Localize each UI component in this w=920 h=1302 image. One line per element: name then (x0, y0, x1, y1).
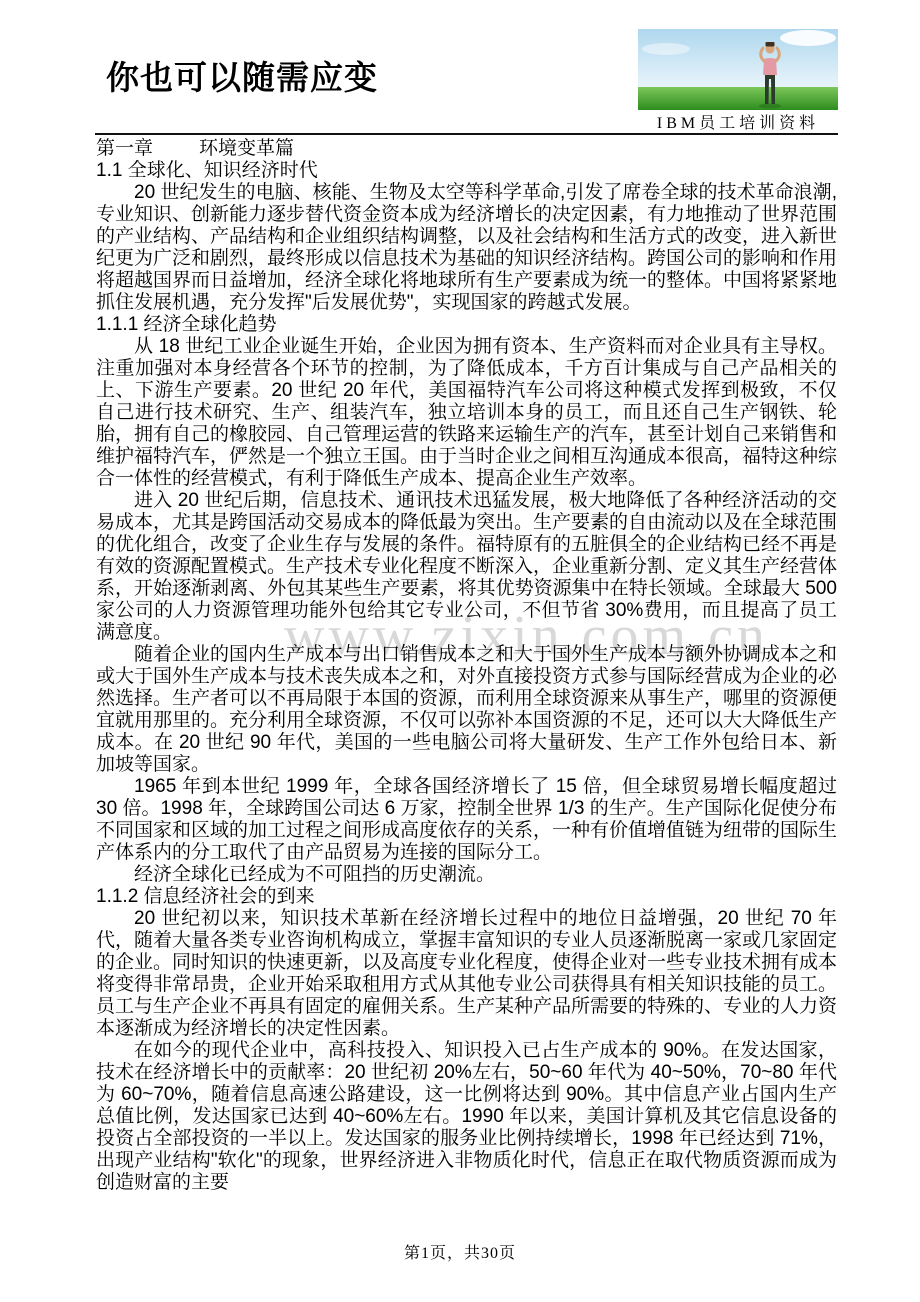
binoculars-person-illustration (638, 29, 838, 110)
paragraph: 进入 20 世纪后期，信息技术、通讯技术迅猛发展，极大地降低了各种经济活动的交易… (96, 490, 837, 644)
paragraph: 在如今的现代企业中，高科技投入、知识投入已占生产成本的 90%。在发达国家，技术… (96, 1040, 837, 1194)
footer-page-number: 第1页，共30页 (0, 1240, 920, 1263)
paragraph: 20 世纪发生的电脑、核能、生物及太空等科学革命,引发了席卷全球的技术革命浪潮,… (96, 182, 837, 314)
paragraph: 1965 年到本世纪 1999 年，全球各国经济增长了 15 倍，但全球贸易增长… (96, 776, 837, 864)
grass (638, 87, 838, 110)
paragraph: 从 18 世纪工业企业诞生开始，企业因为拥有资本、生产资料而对企业具有主导权。注… (96, 336, 837, 490)
banner-caption: IBM员工培训资料 (636, 110, 840, 133)
paragraph: 经济全球化已经成为不可阻挡的历史潮流。 (96, 864, 837, 886)
chapter-number: 第一章 (96, 138, 153, 159)
cloud (642, 43, 690, 55)
section-heading-1-1-2: 1.1.2 信息经济社会的到来 (96, 886, 837, 908)
section-heading-1-1-1: 1.1.1 经济全球化趋势 (96, 314, 837, 336)
header-banner-image (638, 29, 838, 110)
document-body: 第一章环境变革篇 1.1 全球化、知识经济时代 20 世纪发生的电脑、核能、生物… (96, 138, 837, 1194)
paragraph: 20 世纪初以来，知识技术革新在经济增长过程中的地位日益增强，20 世纪 70 … (96, 908, 837, 1040)
chapter-title: 环境变革篇 (199, 138, 294, 159)
header-divider (95, 133, 838, 135)
cloud (780, 30, 836, 46)
paragraph: 随着企业的国内生产成本与出口销售成本之和大于国外生产成本与额外协调成本之和或大于… (96, 644, 837, 776)
document-page: 你也可以随需应变 (0, 0, 920, 1302)
chapter-heading: 第一章环境变革篇 (96, 138, 837, 160)
page-title: 你也可以随需应变 (106, 52, 378, 99)
section-heading-1-1: 1.1 全球化、知识经济时代 (96, 160, 837, 182)
